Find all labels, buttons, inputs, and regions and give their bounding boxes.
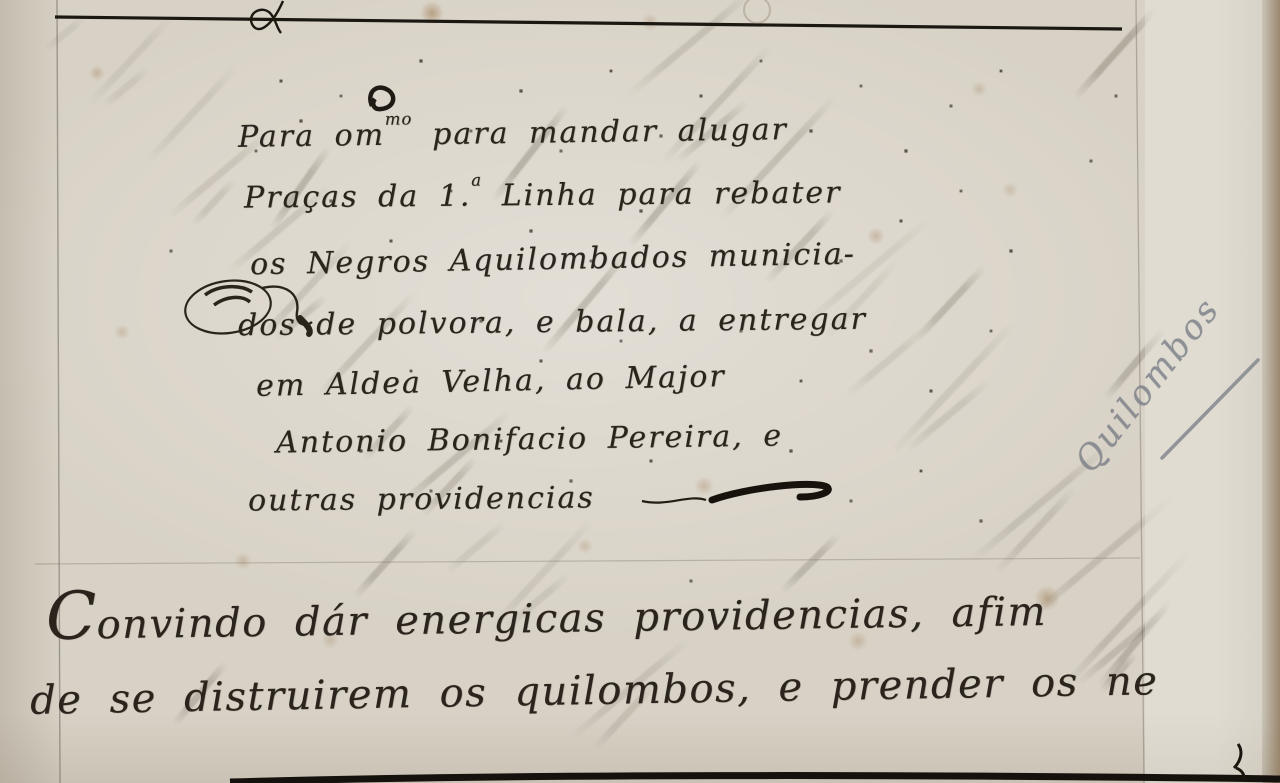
bleedthrough-stroke (352, 528, 417, 600)
entry-line-2: Praças da 1.a Linha para rebater (244, 175, 842, 215)
body-line-1: Convindo dár energicas providencias, afi… (46, 589, 1047, 649)
bottom-ruled-line (230, 776, 1280, 782)
entry-end-flourish (642, 498, 706, 502)
top-rule-flourish (251, 1, 283, 33)
bleedthrough-stroke (190, 178, 237, 227)
entry-line-1-text-cont: para mandar alugar (412, 112, 788, 152)
entry-line-2-superscript: a (471, 170, 482, 189)
ink-blot (370, 88, 393, 110)
entry-line-1: Para ommo para mandar alugar (238, 112, 788, 155)
body-line-2: de se distruirem os quilombos, e prender… (30, 658, 1159, 724)
ghost-ring-mark (744, 0, 770, 23)
bleedthrough-stroke (890, 322, 1014, 455)
entry-end-dash (712, 484, 828, 500)
bleedthrough-stroke (445, 520, 508, 574)
entry-line-7: outras providencias (248, 480, 595, 518)
entry-line-1-text: Para om (238, 118, 385, 155)
bleedthrough-stroke (913, 265, 986, 343)
entry-line-2-text-cont: Linha para rebater (482, 175, 842, 213)
bleedthrough-stroke (904, 378, 991, 453)
drop-cap: C (45, 577, 97, 655)
top-ruled-line (55, 17, 1122, 29)
body-line-1-text: onvindo dár energicas providencias, afim (96, 589, 1047, 648)
entry-line-6: Antonio Bonifacio Pereira, e (276, 418, 783, 460)
bleedthrough-stroke (994, 487, 1076, 574)
entry-line-1-superscript: mo (385, 109, 413, 128)
bleedthrough-stroke (102, 67, 149, 108)
bleedthrough-stroke (779, 533, 841, 595)
ink-specks (0, 0, 2, 2)
margin-line-left (57, 0, 60, 783)
bleedthrough-stroke (626, 0, 753, 98)
page-edge-shadow (1262, 0, 1280, 783)
bleedthrough-stroke (145, 65, 238, 164)
entry-line-4: dos de polvora, e bala, a entregar (238, 302, 867, 344)
faint-mid-rule (35, 558, 1140, 564)
bleedthrough-stroke (86, 13, 175, 108)
manuscript-page: Para ommo para mandar alugar Praças da 1… (0, 0, 1280, 783)
entry-line-3: os Negros Aquilombados municia- (250, 237, 856, 283)
bleedthrough-stroke (44, 15, 87, 53)
entry-line-2-text: Praças da 1. (244, 179, 472, 216)
entry-line-5: em Aldea Velha, ao Major (256, 359, 726, 404)
